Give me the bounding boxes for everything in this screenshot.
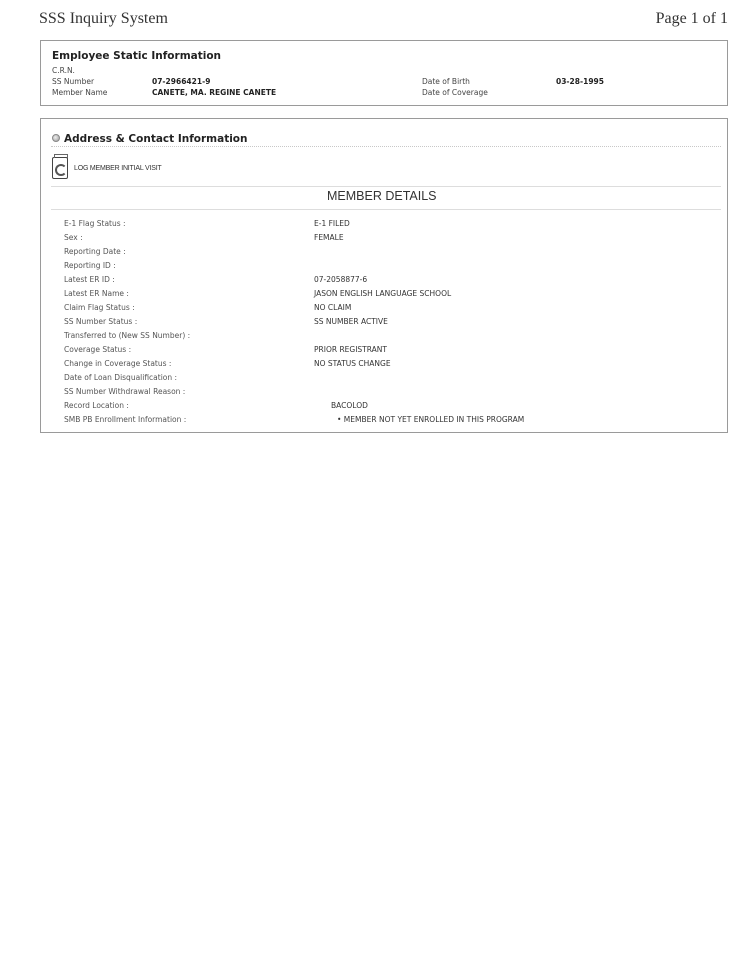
detail-label: Claim Flag Status : [64, 303, 135, 312]
detail-label: Change in Coverage Status : [64, 359, 171, 368]
page-indicator: Page 1 of 1 [656, 10, 728, 28]
detail-value: SS NUMBER ACTIVE [314, 317, 388, 326]
detail-value: E-1 FILED [314, 219, 350, 228]
detail-value: JASON ENGLISH LANGUAGE SCHOOL [314, 289, 451, 298]
detail-value: 07-2058877-6 [314, 275, 367, 284]
coverage-date-label: Date of Coverage [422, 88, 488, 97]
visit-log-icon[interactable] [52, 157, 68, 179]
detail-label: Reporting ID : [64, 261, 116, 270]
crn-label: C.R.N. [52, 66, 75, 75]
address-contact-panel: Address & Contact Information LOG MEMBER… [40, 118, 728, 433]
member-name-value: CANETE, MA. REGINE CANETE [152, 88, 276, 97]
ss-number-value: 07-2966421-9 [152, 77, 210, 86]
detail-label: Transferred to (New SS Number) : [64, 331, 190, 340]
address-heading: Address & Contact Information [64, 133, 248, 145]
ss-number-label: SS Number [52, 77, 94, 86]
dob-value: 03-28-1995 [556, 77, 604, 86]
detail-label: Latest ER ID : [64, 275, 115, 284]
employee-static-heading: Employee Static Information [52, 50, 221, 62]
detail-label: Latest ER Name : [64, 289, 129, 298]
detail-value: NO CLAIM [314, 303, 351, 312]
detail-label: Date of Loan Disqualification : [64, 373, 177, 382]
detail-label: E-1 Flag Status : [64, 219, 126, 228]
divider [51, 146, 721, 147]
detail-value: PRIOR REGISTRANT [314, 345, 387, 354]
log-visit-link[interactable]: LOG MEMBER INITIAL VISIT [74, 165, 162, 172]
detail-value: BACOLOD [331, 401, 368, 410]
detail-value: NO STATUS CHANGE [314, 359, 391, 368]
address-section-header[interactable]: Address & Contact Information [52, 129, 248, 147]
detail-label: Reporting Date : [64, 247, 126, 256]
app-title: SSS Inquiry System [39, 10, 168, 28]
detail-label: SMB PB Enrollment Information : [64, 415, 186, 424]
detail-value: • MEMBER NOT YET ENROLLED IN THIS PROGRA… [337, 415, 524, 424]
detail-label: SS Number Status : [64, 317, 137, 326]
member-details-title: MEMBER DETAILS [327, 189, 437, 203]
radio-bullet-icon [52, 134, 60, 142]
member-name-label: Member Name [52, 88, 107, 97]
dob-label: Date of Birth [422, 77, 470, 86]
detail-label: Coverage Status : [64, 345, 131, 354]
detail-label: Sex : [64, 233, 83, 242]
detail-label: Record Location : [64, 401, 129, 410]
employee-static-panel: Employee Static Information C.R.N. SS Nu… [40, 40, 728, 106]
detail-value: FEMALE [314, 233, 344, 242]
detail-label: SS Number Withdrawal Reason : [64, 387, 185, 396]
